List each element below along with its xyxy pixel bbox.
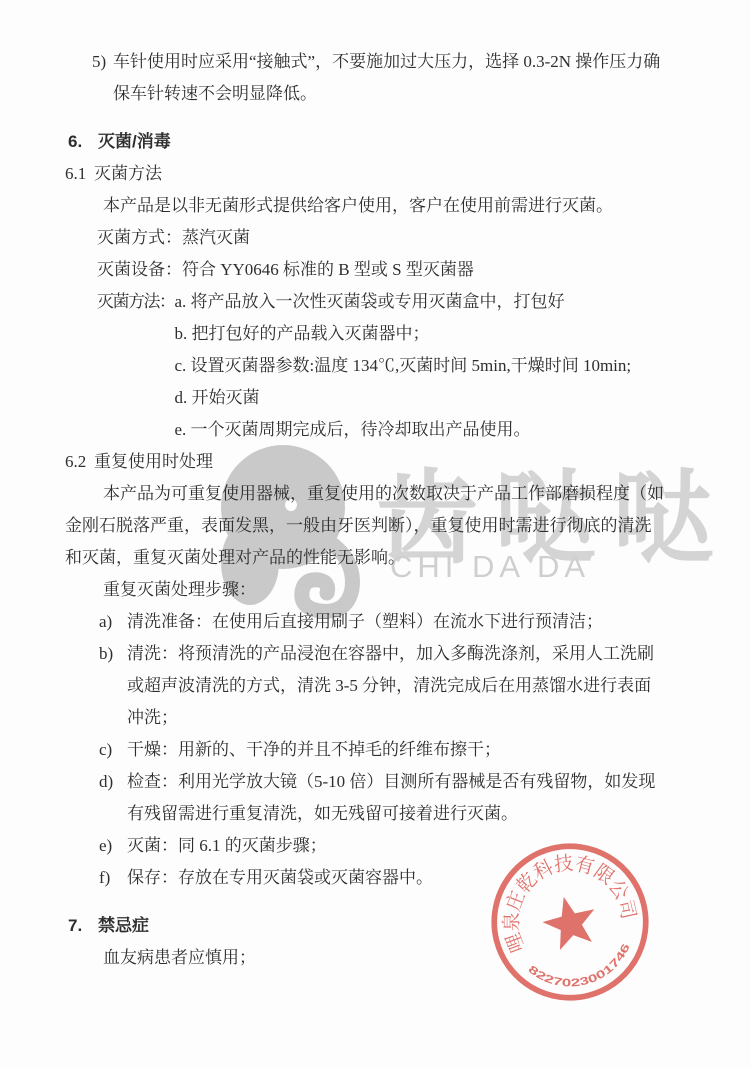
section-7-title: 禁忌症 [98,910,149,942]
clean-step-e-marker: e) [99,830,127,862]
procedure-step-a: a. 将产品放入一次性灭菌袋或专用灭菌盒中，打包好 [175,286,666,318]
section-7-number: 7. [68,910,98,942]
document-page: 齿哒哒 CHI DA DA 5) 车针使用时应采用“接触式”，不要施加过大压力，… [0,0,750,1067]
repeat-steps-label: 重复灭菌处理步骤： [65,574,665,606]
clean-step-b: b) 清洗：将预清洗的产品浸泡在容器中，加入多酶洗涤剂，采用人工洗刷或超声波清洗… [99,638,665,734]
clean-step-a-marker: a) [99,606,127,638]
sterilization-device-label: 灭菌设备： [97,260,182,279]
clean-step-d-marker: d) [99,766,127,798]
procedure-step-d: d. 开始灭菌 [175,382,666,414]
section-6-2-title: 重复使用时处理 [94,446,213,478]
list-item-5: 5) 车针使用时应采用“接触式”，不要施加过大压力，选择 0.3-2N 操作压力… [92,46,665,110]
clean-step-a-text: 清洗准备：在使用后直接用刷子（塑料）在流水下进行预清洁； [127,606,603,638]
sterilization-method-label: 灭菌方式： [97,228,182,247]
clean-step-d: d) 检查：利用光学放大镜（5-10 倍）目测所有器械是否有残留物，如发现有残留… [99,766,665,830]
clean-step-d-text: 检查：利用光学放大镜（5-10 倍）目测所有器械是否有残留物，如发现有残留需进行… [127,766,665,830]
list-item-5-text: 车针使用时应采用“接触式”，不要施加过大压力，选择 0.3-2N 操作压力确保车… [113,46,665,110]
section-6-2-number: 6.2 [65,446,94,478]
sterilization-method-line: 灭菌方式：蒸汽灭菌 [97,222,665,254]
section-6-1-number: 6.1 [65,158,94,190]
clean-step-e-text: 灭菌：同 6.1 的灭菌步骤； [127,830,327,862]
procedure-step-c: c. 设置灭菌器参数:温度 134℃,灭菌时间 5min,干燥时间 10min; [175,350,666,382]
clean-step-c: c) 干燥：用新的、干净的并且不掉毛的纤维布擦干； [99,734,665,766]
section-6-1-title: 灭菌方法 [94,158,162,190]
section-6-2-intro: 本产品为可重复使用器械，重复使用的次数取决于产品工作部磨损程度（如金刚石脱落严重… [65,478,665,574]
clean-step-a: a) 清洗准备：在使用后直接用刷子（塑料）在流水下进行预清洁； [99,606,665,638]
clean-step-c-marker: c) [99,734,127,766]
sterilization-method-value: 蒸汽灭菌 [182,228,250,247]
sterilization-device-value: 符合 YY0646 标准的 B 型或 S 型灭菌器 [182,260,474,279]
clean-step-f-text: 保存：存放在专用灭菌袋或灭菌容器中。 [127,862,433,894]
clean-step-b-marker: b) [99,638,127,670]
procedure-step-e: e. 一个灭菌周期完成后，待冷却取出产品使用。 [175,414,666,446]
list-item-5-marker: 5) [92,46,113,78]
section-6-1-intro: 本产品是以非无菌形式提供给客户使用，客户在使用前需进行灭菌。 [65,190,665,222]
seal-star-icon [538,890,602,952]
clean-step-c-text: 干燥：用新的、干净的并且不掉毛的纤维布擦干； [127,734,501,766]
section-6-1-heading: 6.1 灭菌方法 [65,158,665,190]
section-6-heading: 6. 灭菌/消毒 [68,126,665,158]
procedure-step-b: b. 把打包好的产品载入灭菌器中； [175,318,666,350]
section-6-title: 灭菌/消毒 [98,126,171,158]
sterilization-procedure-label: 灭菌方法： [97,286,175,318]
section-6-number: 6. [68,126,98,158]
sterilization-procedure: 灭菌方法： a. 将产品放入一次性灭菌袋或专用灭菌盒中，打包好 b. 把打包好的… [97,286,665,446]
section-6-2-heading: 6.2 重复使用时处理 [65,446,665,478]
sterilization-device-line: 灭菌设备：符合 YY0646 标准的 B 型或 S 型灭菌器 [97,254,665,286]
sterilization-procedure-steps: a. 将产品放入一次性灭菌袋或专用灭菌盒中，打包好 b. 把打包好的产品载入灭菌… [175,286,666,446]
clean-step-f-marker: f) [99,862,127,894]
clean-step-b-text: 清洗：将预清洗的产品浸泡在容器中，加入多酶洗涤剂，采用人工洗刷或超声波清洗的方式… [127,638,665,734]
